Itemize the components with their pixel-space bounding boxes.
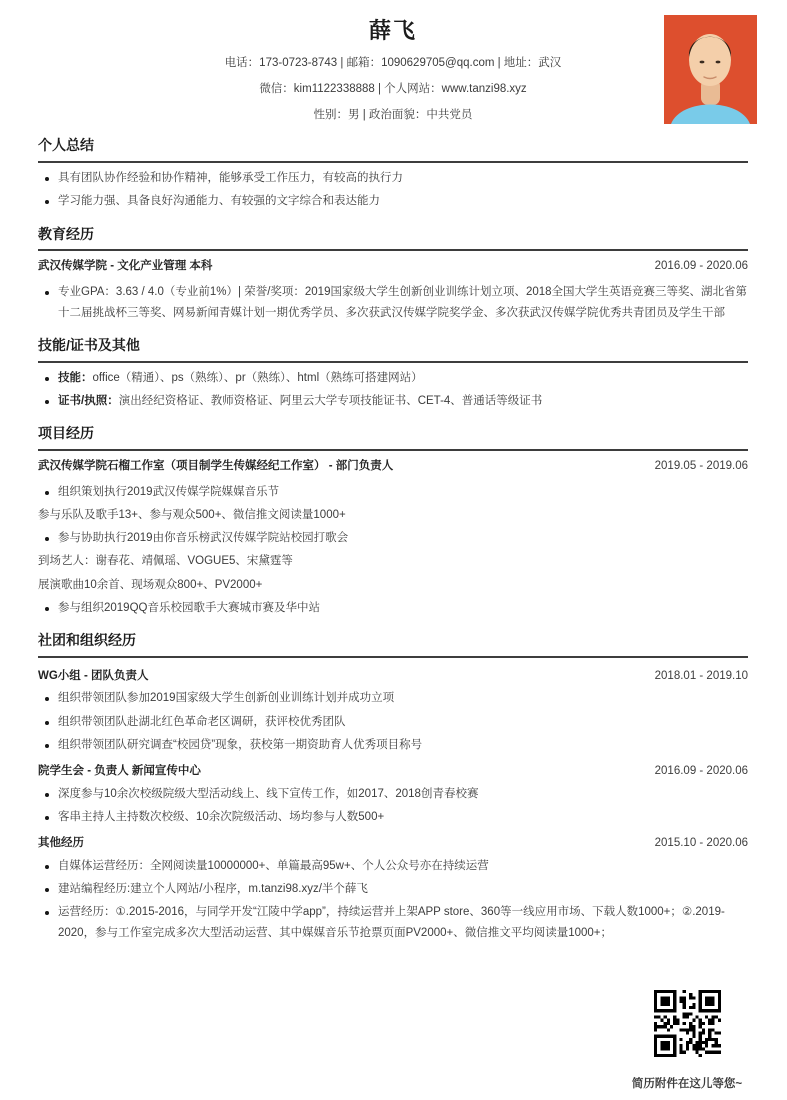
entry-title: 其他经历 (38, 834, 84, 854)
skill-label: 技能： (58, 372, 93, 384)
detail-text: 到场艺人：谢春花、靖佩瑶、VOGUE5、宋黛霆等 (38, 555, 293, 567)
detail-line: 参与乐队及歌手13+、参与观众500+、微信推文阅读量1000+ (38, 505, 748, 526)
section-education: 教育经历 武汉传媒学院 - 文化产业管理 本科 2016.09 - 2020.0… (38, 225, 748, 325)
contact-line-2: 微信：kim1122338888 | 个人网站：www.tanzi98.xyz (38, 81, 748, 98)
bullet-icon (45, 793, 49, 797)
section-title: 技能/证书及其他 (38, 336, 748, 363)
entry-title: 院学生会 - 负责人 新闻宣传中心 (38, 762, 201, 782)
bullet-icon (45, 177, 49, 181)
bullet-icon (45, 607, 49, 611)
bullet-text: 专业GPA：3.63 / 4.0（专业前1%）| 荣誉/奖项：2019国家级大学… (58, 286, 747, 319)
entry-date: 2016.09 - 2020.06 (655, 765, 748, 777)
bullet-icon (45, 888, 49, 892)
entry-date: 2019.05 - 2019.06 (655, 460, 748, 472)
bullet-text: 学习能力强、具备良好沟通能力、有较强的文字综合和表达能力 (58, 195, 380, 207)
entry-date: 2015.10 - 2020.06 (655, 837, 748, 849)
bullet-icon (45, 291, 49, 295)
bullet-icon (45, 200, 49, 204)
bullet-icon (45, 400, 49, 404)
bullet-item: 专业GPA：3.63 / 4.0（专业前1%）| 荣誉/奖项：2019国家级大学… (38, 282, 748, 325)
bullet-item: 学习能力强、具备良好沟通能力、有较强的文字综合和表达能力 (38, 191, 748, 212)
bullet-icon (45, 865, 49, 869)
bullet-icon (45, 491, 49, 495)
bullet-item: 参与协助执行2019由你音乐榜武汉传媒学院站校园打歌会 (38, 528, 748, 549)
detail-line: 展演歌曲10余首、现场观众800+、PV2000+ (38, 575, 748, 596)
bullet-item: 参与组织2019QQ音乐校园歌手大赛城市赛及华中站 (38, 598, 748, 619)
bullet-text: 参与协助执行2019由你音乐榜武汉传媒学院站校园打歌会 (58, 532, 348, 544)
entry-date: 2016.09 - 2020.06 (655, 260, 748, 272)
bullet-text: 参与组织2019QQ音乐校园歌手大赛城市赛及华中站 (58, 602, 320, 614)
detail-line: 到场艺人：谢春花、靖佩瑶、VOGUE5、宋黛霆等 (38, 551, 748, 572)
bullet-icon (45, 721, 49, 725)
bullet-icon (45, 377, 49, 381)
bullet-item: 组织带领团队赴湖北红色革命老区调研，获评校优秀团队 (38, 712, 748, 733)
bullet-icon (45, 697, 49, 701)
bullet-item: 技能：office（精通）、ps（熟练）、pr（熟练）、html（熟练可搭建网站… (38, 368, 748, 389)
bullet-text: 组织带领团队赴湖北红色革命老区调研，获评校优秀团队 (58, 716, 346, 728)
entry-date: 2018.01 - 2019.10 (655, 670, 748, 682)
bullet-item: 组织带领团队研究调查“校园贷”现象，获校第一期资助育人优秀项目称号 (38, 735, 748, 756)
bullet-item: 运营经历：①.2015-2016，与同学开发“江陵中学app”，持续运营并上架A… (38, 902, 748, 945)
bullet-text: 组织策划执行2019武汉传媒学院媒媒音乐节 (58, 486, 279, 498)
section-title: 个人总结 (38, 136, 748, 163)
bullet-icon (45, 816, 49, 820)
resume-page: 薛飞 电话：173-0723-8743 | 邮箱：1090629705@qq.c… (0, 0, 787, 1100)
bullet-text: 客串主持人主持数次校级、10余次院级活动、场均参与人数500+ (58, 811, 384, 823)
bullet-icon (45, 744, 49, 748)
certificate-text: 演出经纪资格证、教师资格证、阿里云大学专项技能证书、CET-4、普通话等级证书 (119, 395, 543, 407)
contact-line-1: 电话：173-0723-8743 | 邮箱：1090629705@qq.com … (38, 55, 748, 72)
section-skills: 技能/证书及其他 技能：office（精通）、ps（熟练）、pr（熟练）、htm… (38, 336, 748, 412)
bullet-text: 自媒体运营经历：全网阅读量10000000+、单篇最高95w+、个人公众号亦在持… (58, 860, 489, 872)
skill-text: office（精通）、ps（熟练）、pr（熟练）、html（熟练可搭建网站） (93, 372, 423, 384)
bullet-item: 建站编程经历:建立个人网站/小程序，m.tanzi98.xyz/半个薛飞 (38, 879, 748, 900)
entry-row: 其他经历 2015.10 - 2020.06 (38, 834, 748, 854)
entry-title: 武汉传媒学院 - 文化产业管理 本科 (38, 257, 212, 277)
entry-row: WG小组 - 团队负责人 2018.01 - 2019.10 (38, 667, 748, 687)
section-organizations: 社团和组织经历 WG小组 - 团队负责人 2018.01 - 2019.10 组… (38, 631, 748, 945)
bullet-item: 组织策划执行2019武汉传媒学院媒媒音乐节 (38, 482, 748, 503)
section-summary: 个人总结 具有团队协作经验和协作精神，能够承受工作压力，有较高的执行力 学习能力… (38, 136, 748, 212)
person-name: 薛飞 (38, 16, 748, 46)
bullet-item: 客串主持人主持数次校级、10余次院级活动、场均参与人数500+ (38, 807, 748, 828)
id-photo (664, 15, 757, 124)
bullet-text: 建站编程经历:建立个人网站/小程序，m.tanzi98.xyz/半个薛飞 (58, 883, 368, 895)
bullet-item: 具有团队协作经验和协作精神，能够承受工作压力，有较高的执行力 (38, 168, 748, 189)
bullet-text: 运营经历：①.2015-2016，与同学开发“江陵中学app”，持续运营并上架A… (58, 906, 725, 939)
entry-row: 武汉传媒学院石榴工作室（项目制学生传媒经纪工作室） - 部门负责人 2019.0… (38, 457, 748, 477)
entry-title: 武汉传媒学院石榴工作室（项目制学生传媒经纪工作室） - 部门负责人 (38, 457, 393, 477)
bullet-text: 深度参与10余次校级院级大型活动线上、线下宣传工作，如2017、2018创青春校… (58, 788, 478, 800)
bullet-icon (45, 537, 49, 541)
bullet-item: 深度参与10余次校级院级大型活动线上、线下宣传工作，如2017、2018创青春校… (38, 784, 748, 805)
bullet-text: 组织带领团队研究调查“校园贷”现象，获校第一期资助育人优秀项目称号 (58, 739, 422, 751)
resume-body: 个人总结 具有团队协作经验和协作精神，能够承受工作压力，有较高的执行力 学习能力… (0, 136, 787, 944)
certificate-label: 证书/执照： (58, 395, 119, 407)
entry-title: WG小组 - 团队负责人 (38, 667, 149, 687)
contact-line-3: 性别：男 | 政治面貌：中共党员 (38, 107, 748, 124)
section-title: 项目经历 (38, 424, 748, 451)
bullet-item: 组织带领团队参加2019国家级大学生创新创业训练计划并成功立项 (38, 688, 748, 709)
attachment-footer: 简历附件在这儿等您~ (611, 990, 763, 1091)
qr-caption: 简历附件在这儿等您~ (611, 1075, 763, 1091)
section-projects: 项目经历 武汉传媒学院石榴工作室（项目制学生传媒经纪工作室） - 部门负责人 2… (38, 424, 748, 619)
entry-row: 武汉传媒学院 - 文化产业管理 本科 2016.09 - 2020.06 (38, 257, 748, 277)
entry-row: 院学生会 - 负责人 新闻宣传中心 2016.09 - 2020.06 (38, 762, 748, 782)
qr-code (654, 990, 721, 1057)
bullet-text: 具有团队协作经验和协作精神，能够承受工作压力，有较高的执行力 (58, 172, 403, 184)
bullet-icon (45, 911, 49, 915)
detail-text: 展演歌曲10余首、现场观众800+、PV2000+ (38, 579, 262, 591)
bullet-item: 证书/执照：演出经纪资格证、教师资格证、阿里云大学专项技能证书、CET-4、普通… (38, 391, 748, 412)
bullet-item: 自媒体运营经历：全网阅读量10000000+、单篇最高95w+、个人公众号亦在持… (38, 856, 748, 877)
section-title: 教育经历 (38, 225, 748, 252)
bullet-text: 组织带领团队参加2019国家级大学生创新创业训练计划并成功立项 (58, 692, 394, 704)
detail-text: 参与乐队及歌手13+、参与观众500+、微信推文阅读量1000+ (38, 509, 346, 521)
section-title: 社团和组织经历 (38, 631, 748, 658)
